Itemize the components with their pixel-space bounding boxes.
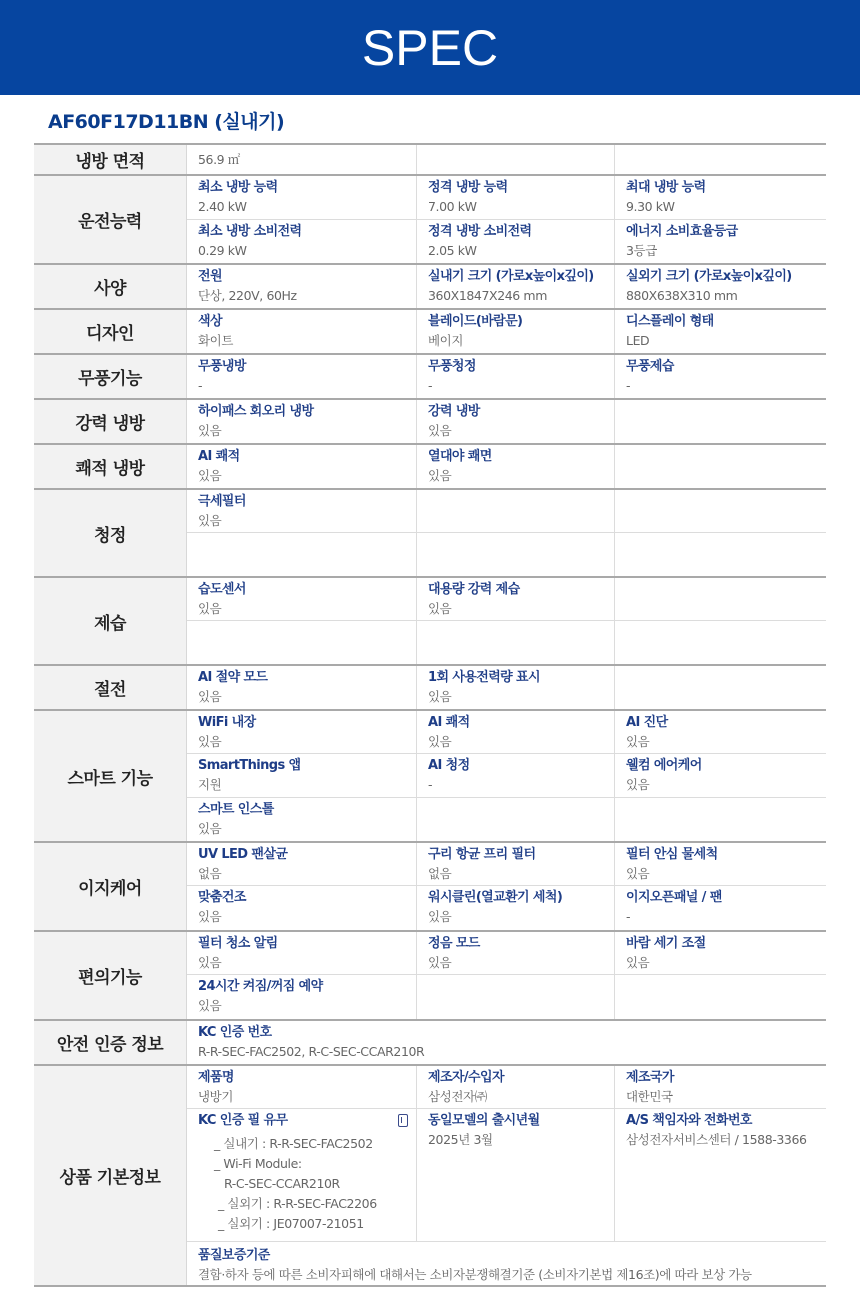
spec-value: LED	[626, 331, 826, 351]
section-smart: 스마트 기능 WiFi 내장있음 AI 쾌적있음 AI 진단있음 SmartTh…	[34, 711, 826, 843]
spec-value: 있음	[198, 996, 416, 1016]
spec-value: 냉방기	[198, 1087, 416, 1107]
spec-value: 있음	[198, 687, 416, 707]
spec-key: 필터 안심 물세척	[626, 846, 826, 864]
spec-value: 있음	[428, 599, 614, 619]
spec-key: 이지오픈패널 / 팬	[626, 889, 826, 907]
section-power-saving: 절전 AI 절약 모드있음 1회 사용전력량 표시있음	[34, 666, 826, 711]
spec-value: 있음	[198, 599, 416, 619]
spec-key: AI 쾌적	[428, 714, 614, 732]
spec-value: -	[626, 907, 826, 927]
section-label: 운전능력	[34, 176, 187, 263]
section-label: 청정	[34, 490, 187, 576]
spec-value: 있음	[428, 907, 614, 927]
spec-key: 블레이드(바람문)	[428, 313, 614, 331]
section-label: 제습	[34, 578, 187, 664]
spec-key: 정음 모드	[428, 935, 614, 953]
spec-value: 있음	[428, 687, 614, 707]
spec-key: 극세필터	[198, 493, 416, 511]
spec-value: 3등급	[626, 241, 826, 261]
spec-value: 있음	[198, 819, 416, 839]
spec-key: SmartThings 앱	[198, 757, 416, 775]
spec-value: 삼성전자서비스센터 / 1588-3366	[626, 1130, 826, 1150]
spec-key: 워시클린(열교환기 세척)	[428, 889, 614, 907]
spec-value: 9.30 kW	[626, 197, 826, 217]
section-powerful-cooling: 강력 냉방 하이패스 회오리 냉방있음 강력 냉방있음	[34, 400, 826, 445]
spec-key: AI 절약 모드	[198, 669, 416, 687]
section-capacity: 운전능력 최소 냉방 능력2.40 kW 정격 냉방 능력7.00 kW 최대 …	[34, 176, 826, 265]
spec-key: AI 쾌적	[198, 448, 416, 466]
spec-value: 있음	[428, 953, 614, 973]
section-basic-info: 상품 기본정보 제품명냉방기 제조자/수입자삼성전자㈜ 제조국가대한민국 KC …	[34, 1066, 826, 1287]
cooling-area-value: 56.9 ㎡	[198, 150, 416, 170]
spec-key: 디스플레이 형태	[626, 313, 826, 331]
spec-value: 7.00 kW	[428, 197, 614, 217]
spec-key: AI 진단	[626, 714, 826, 732]
model-title: AF60F17D11BN (실내기)	[48, 107, 284, 134]
spec-key: 실내기 크기 (가로x높이x깊이)	[428, 268, 614, 286]
section-label: 편의기능	[34, 932, 187, 1019]
section-label: 사양	[34, 265, 187, 308]
spec-value: 단상, 220V, 60Hz	[198, 286, 416, 306]
spec-key: 대용량 강력 제습	[428, 581, 614, 599]
spec-key: 정격 냉방 능력	[428, 179, 614, 197]
spec-value: 없음	[198, 864, 416, 884]
spec-value: 대한민국	[626, 1087, 826, 1107]
spec-value: -	[198, 376, 416, 396]
spec-key: 구리 항균 프리 필터	[428, 846, 614, 864]
kc-mark-icon	[398, 1114, 408, 1127]
spec-value: 있음	[198, 907, 416, 927]
section-convenience: 편의기능 필터 청소 알림있음 정음 모드있음 바람 세기 조절있음 24시간 …	[34, 932, 826, 1021]
spec-key: KC 인증 필 유무	[198, 1112, 416, 1130]
spec-value: 있음	[626, 732, 826, 752]
spec-key: 에너지 소비효율등급	[626, 223, 826, 241]
spec-value: 0.29 kW	[198, 241, 416, 261]
spec-value: 있음	[626, 864, 826, 884]
spec-key: 열대야 쾌면	[428, 448, 614, 466]
section-label: 상품 기본정보	[34, 1066, 187, 1285]
spec-value: 880X638X310 mm	[626, 286, 826, 306]
spec-value: 결함·하자 등에 따른 소비자피해에 대해서는 소비자분쟁해결기준 (소비자기본…	[198, 1265, 826, 1285]
spec-value: 삼성전자㈜	[428, 1087, 614, 1107]
spec-value: -	[428, 775, 614, 795]
spec-key: WiFi 내장	[198, 714, 416, 732]
spec-key: 습도센서	[198, 581, 416, 599]
spec-key: 24시간 켜짐/꺼짐 예약	[198, 978, 416, 996]
spec-value: 360X1847X246 mm	[428, 286, 614, 306]
spec-key: 무풍청정	[428, 358, 614, 376]
section-label: 냉방 면적	[34, 145, 187, 174]
spec-key: AI 청정	[428, 757, 614, 775]
spec-value: 있음	[198, 421, 416, 441]
section-purify: 청정 극세필터있음	[34, 490, 826, 578]
spec-value: -	[626, 376, 826, 396]
spec-value: 지원	[198, 775, 416, 795]
spec-table: 냉방 면적 56.9 ㎡ 운전능력 최소 냉방 능력2.40 kW 정격 냉방 …	[34, 143, 826, 1287]
section-label: 강력 냉방	[34, 400, 187, 443]
spec-key: 1회 사용전력량 표시	[428, 669, 614, 687]
section-easycare: 이지케어 UV LED 팬살균없음 구리 항균 프리 필터없음 필터 안심 물세…	[34, 843, 826, 932]
section-comfort-cooling: 쾌적 냉방 AI 쾌적있음 열대야 쾌면있음	[34, 445, 826, 490]
spec-value: 화이트	[198, 331, 416, 351]
spec-value: 있음	[198, 953, 416, 973]
section-cooling-area: 냉방 면적 56.9 ㎡	[34, 145, 826, 176]
spec-value: 있음	[428, 732, 614, 752]
spec-key: 스마트 인스톨	[198, 801, 416, 819]
section-label: 쾌적 냉방	[34, 445, 187, 488]
spec-value: -	[428, 376, 614, 396]
spec-key: 하이패스 회오리 냉방	[198, 403, 416, 421]
section-label: 절전	[34, 666, 187, 709]
section-label: 무풍기능	[34, 355, 187, 398]
spec-banner: SPEC	[0, 0, 860, 95]
spec-value: R-R-SEC-FAC2502, R-C-SEC-CCAR210R	[198, 1042, 826, 1062]
spec-key: 필터 청소 알림	[198, 935, 416, 953]
spec-key: 품질보증기준	[198, 1247, 826, 1265]
spec-key: 최대 냉방 능력	[626, 179, 826, 197]
spec-key: A/S 책임자와 전화번호	[626, 1112, 826, 1130]
spec-key: 무풍제습	[626, 358, 826, 376]
section-label: 이지케어	[34, 843, 187, 930]
spec-value: 없음	[428, 864, 614, 884]
spec-value: 있음	[198, 466, 416, 486]
spec-value: 2.40 kW	[198, 197, 416, 217]
section-dehumidify: 제습 습도센서있음 대용량 강력 제습있음	[34, 578, 826, 666]
kc-cert-list: _ 실내기 : R-R-SEC-FAC2502 _ Wi-Fi Module: …	[198, 1130, 416, 1234]
spec-key: 웰컴 에어케어	[626, 757, 826, 775]
spec-key: 최소 냉방 능력	[198, 179, 416, 197]
spec-key: 바람 세기 조절	[626, 935, 826, 953]
spec-key: 전원	[198, 268, 416, 286]
section-label: 스마트 기능	[34, 711, 187, 841]
section-label: 안전 인증 정보	[34, 1021, 187, 1064]
spec-key: 최소 냉방 소비전력	[198, 223, 416, 241]
spec-key: 색상	[198, 313, 416, 331]
spec-value: 2025년 3월	[428, 1130, 614, 1150]
banner-title: SPEC	[362, 19, 498, 77]
spec-key: KC 인증 번호	[198, 1024, 826, 1042]
spec-key: 정격 냉방 소비전력	[428, 223, 614, 241]
section-design: 디자인 색상화이트 블레이드(바람문)베이지 디스플레이 형태LED	[34, 310, 826, 355]
spec-value: 있음	[428, 466, 614, 486]
spec-key: 무풍냉방	[198, 358, 416, 376]
spec-key: 실외기 크기 (가로x높이x깊이)	[626, 268, 826, 286]
spec-value: 있음	[626, 953, 826, 973]
spec-key: 강력 냉방	[428, 403, 614, 421]
spec-value: 있음	[198, 732, 416, 752]
spec-key: 제조자/수입자	[428, 1069, 614, 1087]
spec-value: 베이지	[428, 331, 614, 351]
section-label: 디자인	[34, 310, 187, 353]
spec-key: 동일모델의 출시년월	[428, 1112, 614, 1130]
section-spec: 사양 전원단상, 220V, 60Hz 실내기 크기 (가로x높이x깊이)360…	[34, 265, 826, 310]
spec-key: UV LED 팬살균	[198, 846, 416, 864]
spec-key: 제조국가	[626, 1069, 826, 1087]
spec-value: 있음	[626, 775, 826, 795]
section-windfree: 무풍기능 무풍냉방- 무풍청정- 무풍제습-	[34, 355, 826, 400]
spec-value: 있음	[428, 421, 614, 441]
spec-key: 제품명	[198, 1069, 416, 1087]
spec-key: 맞춤건조	[198, 889, 416, 907]
spec-value: 있음	[198, 511, 416, 531]
section-safety-cert: 안전 인증 정보 KC 인증 번호R-R-SEC-FAC2502, R-C-SE…	[34, 1021, 826, 1066]
spec-value: 2.05 kW	[428, 241, 614, 261]
